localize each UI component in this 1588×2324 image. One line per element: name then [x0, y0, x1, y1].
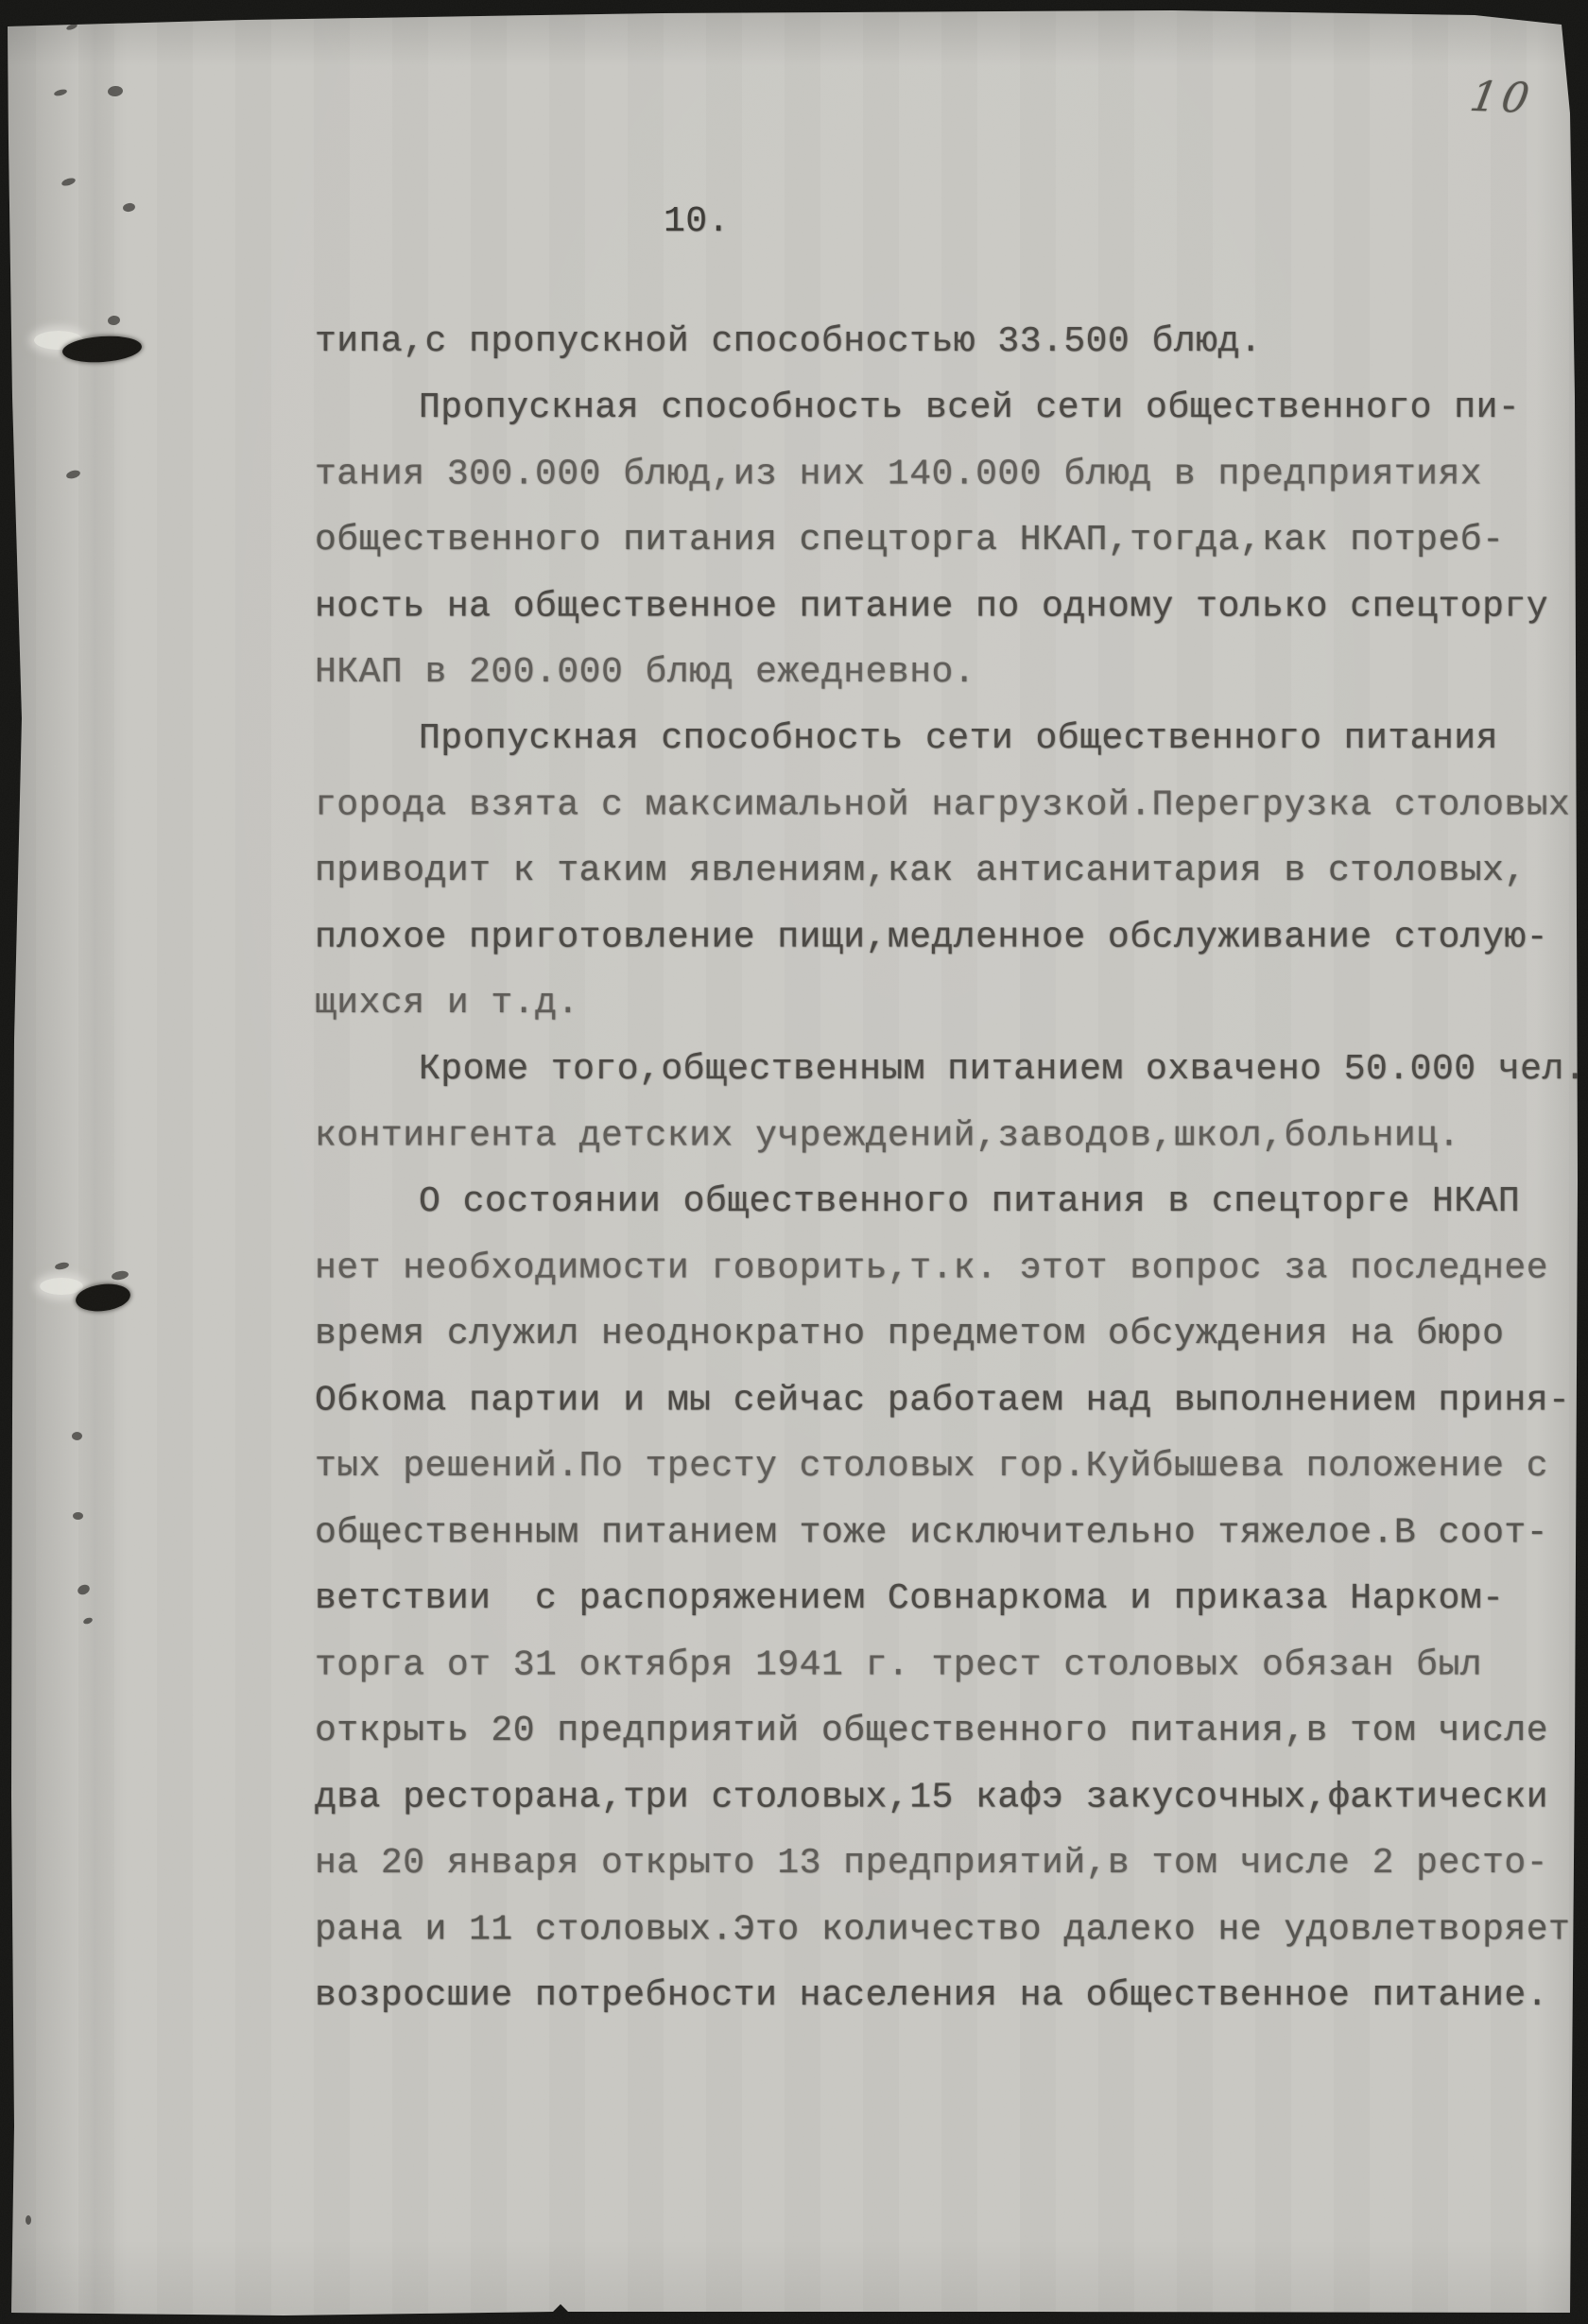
paper-highlight: [40, 1278, 83, 1295]
typed-page-number: 10.: [664, 189, 730, 255]
text-line: типа,с пропускной способностью 33.500 бл…: [315, 309, 1586, 375]
paper-sheet: 10 10. типа,с пропускной способностью 33…: [0, 0, 1588, 2324]
text-line: общественным питанием тоже исключительно…: [315, 1501, 1586, 1567]
scan-speck: [53, 88, 67, 96]
text-line: открыть 20 предприятий общественного пит…: [315, 1698, 1586, 1765]
scan-speck: [72, 1432, 82, 1440]
text-line: О состоянии общественного питания в спец…: [315, 1169, 1586, 1235]
scan-speck: [66, 23, 78, 31]
text-line: ность на общественное питание по одному …: [315, 575, 1586, 641]
text-line: приводит к таким явлениям,как антисанита…: [315, 838, 1586, 904]
paragraph: Пропускная способность сети общественног…: [315, 706, 1586, 1037]
text-line: ветствии с распоряжением Совнаркома и пр…: [315, 1566, 1586, 1632]
text-line: время служил неоднократно предметом обсу…: [315, 1301, 1586, 1368]
scan-speck: [122, 202, 135, 213]
text-line: тания 300.000 блюд,из них 140.000 блюд в…: [315, 442, 1586, 508]
text-line: Кроме того,общественным питанием охвачен…: [315, 1037, 1586, 1103]
text-line: щихся и т.д.: [315, 971, 1586, 1037]
scan-speck: [54, 1262, 69, 1271]
text-line: два ресторана,три столовых,15 кафэ закус…: [315, 1765, 1586, 1832]
text-line: тых решений.По тресту столовых гор.Куйбы…: [315, 1434, 1586, 1500]
paragraph: О состоянии общественного питания в спец…: [315, 1169, 1586, 2029]
scan-speck: [65, 469, 81, 480]
text-line: города взята с максимальной нагрузкой.Пе…: [315, 773, 1586, 839]
paragraph: Пропускная способность всей сети обществ…: [315, 375, 1586, 706]
text-line: нет необходимости говорить,т.к. этот воп…: [315, 1236, 1586, 1302]
text-line: плохое приготовление пищи,медленное обсл…: [315, 905, 1586, 972]
scanned-document-page: 10 10. типа,с пропускной способностью 33…: [0, 0, 1588, 2324]
text-line: рана и 11 столовых.Это количество далеко…: [315, 1898, 1586, 1964]
text-line: торга от 31 октября 1941 г. трест столов…: [315, 1633, 1586, 1699]
document-text: типа,с пропускной способностью 33.500 бл…: [315, 309, 1586, 2029]
paragraph: типа,с пропускной способностью 33.500 бл…: [315, 309, 1586, 375]
scan-speck: [111, 1270, 129, 1282]
scan-speck: [82, 1616, 93, 1625]
text-line: Пропускная способность сети общественног…: [315, 706, 1586, 772]
handwritten-page-number: 10: [1467, 73, 1538, 123]
text-line: общественного питания спецторга НКАП,тог…: [315, 508, 1586, 574]
scan-speck: [26, 2215, 31, 2225]
text-line: Пропускная способность всей сети обществ…: [315, 375, 1586, 441]
scan-speck: [76, 1583, 91, 1597]
scan-speck: [108, 85, 124, 96]
text-line: на 20 января открыто 13 предприятий,в то…: [315, 1831, 1586, 1897]
scan-speck: [107, 315, 120, 326]
paragraph: Кроме того,общественным питанием охвачен…: [315, 1037, 1586, 1169]
text-line: Обкома партии и мы сейчас работаем над в…: [315, 1369, 1586, 1435]
scan-speck: [73, 1512, 83, 1520]
scan-speck: [60, 177, 76, 187]
text-line: контингента детских учреждений,заводов,ш…: [315, 1104, 1586, 1170]
text-line: НКАП в 200.000 блюд ежедневно.: [315, 640, 1586, 706]
text-line: возросшие потребности населения на общес…: [315, 1963, 1586, 2029]
